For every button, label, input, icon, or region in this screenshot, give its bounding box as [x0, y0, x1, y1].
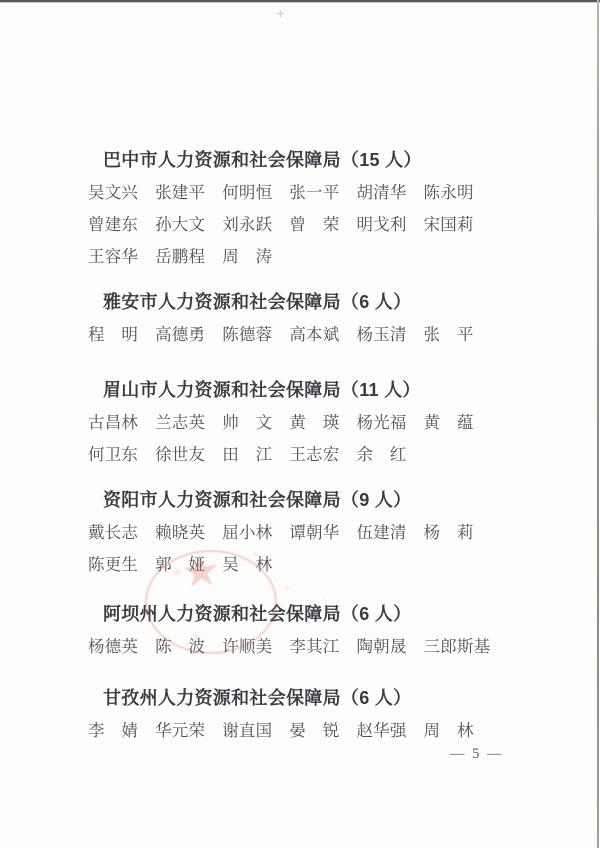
person-name: 许顺美 — [222, 636, 272, 668]
person-name: 晏 锐 — [289, 720, 339, 752]
person-name: 王志宏 — [289, 444, 339, 476]
names-row: 古昌林 兰志英 帅 文 黄 瑛 杨光福 黄 蕴 — [88, 412, 600, 444]
names-row: 杨德英 陈 波 许顺美 李其江 陶朝晟 三郎斯基 — [88, 636, 600, 668]
person-name: 赖晓英 — [155, 522, 205, 554]
person-name: 余 红 — [356, 444, 406, 476]
bureau-section-bazhong: 巴中市人力资源和社会保障局（15 人） 吴文兴 张建平 何明恒 张一平 胡清华 … — [0, 150, 600, 278]
bureau-heading: 眉山市人力资源和社会保障局（11 人） — [103, 380, 600, 412]
person-name: 高本斌 — [289, 324, 339, 356]
person-name: 曾建东 — [88, 214, 138, 246]
person-name: 李其江 — [289, 636, 339, 668]
bureau-section-aba: 阿坝州人力资源和社会保障局（6 人） 杨德英 陈 波 许顺美 李其江 陶朝晟 三… — [0, 604, 600, 668]
person-name: 张一平 — [289, 182, 339, 214]
person-name: 华元荣 — [155, 720, 205, 752]
person-name: 岳鹏程 — [155, 246, 205, 278]
person-name: 陈 波 — [155, 636, 205, 668]
bureau-heading: 巴中市人力资源和社会保障局（15 人） — [103, 150, 600, 182]
person-name: 陈更生 — [88, 554, 138, 586]
person-name: 三郎斯基 — [424, 636, 491, 668]
names-row: 曾建东 孙大文 刘永跃 曾 荣 明戈利 宋国莉 — [88, 214, 600, 246]
person-name: 古昌林 — [88, 412, 138, 444]
person-name: 何明恒 — [222, 182, 272, 214]
person-name: 杨 莉 — [424, 522, 474, 554]
bureau-heading: 资阳市人力资源和社会保障局（9 人） — [103, 490, 600, 522]
bureau-heading: 甘孜州人力资源和社会保障局（6 人） — [103, 688, 600, 720]
person-name: 杨光福 — [356, 412, 406, 444]
bureau-section-ganzi: 甘孜州人力资源和社会保障局（6 人） 李 婧 华元荣 谢直国 晏 锐 赵华强 周… — [0, 688, 600, 752]
person-name: 李 婧 — [88, 720, 138, 752]
person-name: 张建平 — [155, 182, 205, 214]
page-number: — 5 — — [450, 746, 504, 763]
person-name: 明戈利 — [356, 214, 406, 246]
person-name: 赵华强 — [356, 720, 406, 752]
person-name: 陶朝晟 — [356, 636, 406, 668]
names-row: 王容华 岳鹏程 周 涛 — [88, 246, 600, 278]
person-name: 徐世友 — [155, 444, 205, 476]
person-name: 屈小林 — [222, 522, 272, 554]
names-row: 何卫东 徐世友 田 江 王志宏 余 红 — [88, 444, 600, 476]
person-name: 黄 蕴 — [424, 412, 474, 444]
person-name: 刘永跃 — [222, 214, 272, 246]
person-name: 谢直国 — [222, 720, 272, 752]
person-name: 高德勇 — [155, 324, 205, 356]
names-row: 吴文兴 张建平 何明恒 张一平 胡清华 陈永明 — [88, 182, 600, 214]
person-name: 吴 林 — [222, 554, 272, 586]
person-name: 伍建清 — [356, 522, 406, 554]
bureau-section-ziyang: 资阳市人力资源和社会保障局（9 人） 戴长志 赖晓英 屈小林 谭朝华 伍建清 杨… — [0, 490, 600, 586]
person-name: 张 平 — [424, 324, 474, 356]
bureau-section-yaan: 雅安市人力资源和社会保障局（6 人） 程 明 高德勇 陈德蓉 高本斌 杨玉清 张… — [0, 292, 600, 356]
person-name: 杨德英 — [88, 636, 138, 668]
names-row: 李 婧 华元荣 谢直国 晏 锐 赵华强 周 林 — [88, 720, 600, 752]
scan-top-edge — [0, 0, 600, 2]
person-name: 吴文兴 — [88, 182, 138, 214]
person-name: 曾 荣 — [289, 214, 339, 246]
person-name: 程 明 — [88, 324, 138, 356]
person-name: 杨玉清 — [356, 324, 406, 356]
person-name: 戴长志 — [88, 522, 138, 554]
person-name: 陈德蓉 — [222, 324, 272, 356]
person-name: 周 涛 — [222, 246, 272, 278]
person-name: 黄 瑛 — [289, 412, 339, 444]
names-row: 程 明 高德勇 陈德蓉 高本斌 杨玉清 张 平 — [88, 324, 600, 356]
bureau-heading: 雅安市人力资源和社会保障局（6 人） — [103, 292, 600, 324]
person-name: 孙大文 — [155, 214, 205, 246]
bureau-section-meishan: 眉山市人力资源和社会保障局（11 人） 古昌林 兰志英 帅 文 黄 瑛 杨光福 … — [0, 380, 600, 476]
bureau-heading: 阿坝州人力资源和社会保障局（6 人） — [103, 604, 600, 636]
names-row: 陈更生 郭 娅 吴 林 — [88, 554, 600, 586]
person-name: 何卫东 — [88, 444, 138, 476]
person-name: 宋国莉 — [424, 214, 474, 246]
person-name: 胡清华 — [356, 182, 406, 214]
person-name: 兰志英 — [155, 412, 205, 444]
person-name: 田 江 — [222, 444, 272, 476]
person-name: 陈永明 — [424, 182, 474, 214]
person-name: 帅 文 — [222, 412, 272, 444]
registration-mark: + — [276, 7, 285, 20]
person-name: 郭 娅 — [155, 554, 205, 586]
names-row: 戴长志 赖晓英 屈小林 谭朝华 伍建清 杨 莉 — [88, 522, 600, 554]
person-name: 谭朝华 — [289, 522, 339, 554]
person-name: 王容华 — [88, 246, 138, 278]
